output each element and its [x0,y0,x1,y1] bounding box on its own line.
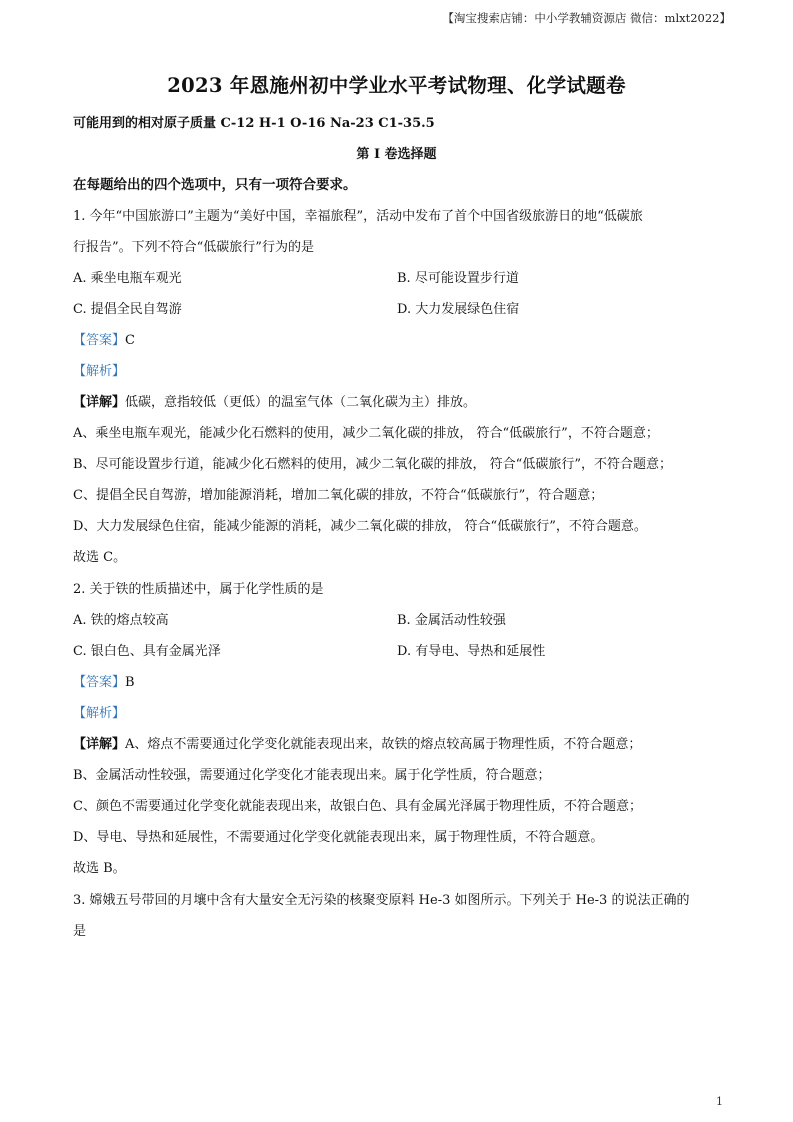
instruction: 在每题给出的四个选项中，只有一项符合要求。 [73,173,357,193]
page-title: 2023 年恩施州初中学业水平考试物理、化学试题卷 [0,70,793,98]
q1-detail-line3: C、提倡全民自驾游，增加能源消耗，增加二氧化碳的排放，不符合“低碳旅行”，符合题… [73,484,603,503]
q1-conclusion: 故选 C。 [73,546,126,565]
q1-detail-line2: B、尽可能设置步行道，能减少化石燃料的使用，减少二氧化碳的排放， 符合“低碳旅行… [73,453,672,472]
q1-analysis-label: 【解析】 [73,360,125,379]
q2-detail-line2: C、颜色不需要通过化学变化就能表现出来，故银白色、具有金属光泽属于物理性质，不符… [73,795,642,814]
atomic-masses: 可能用到的相对原子质量 C-12 H-1 O-16 Na-23 C1-35.5 [73,112,435,131]
q3-stem-line2: 是 [73,920,86,939]
q2-option-c: C. 银白色、具有金属光泽 [73,640,221,659]
q2-conclusion: 故选 B。 [73,857,126,876]
header-watermark: 【淘宝搜索店铺：中小学教辅资源店 微信：mlxt2022】 [442,10,731,26]
q1-answer: 【答案】C [73,329,135,348]
q2-option-b: B. 金属活动性较强 [397,609,506,628]
answer-value: B [125,675,135,690]
section-title: 第 I 卷选择题 [0,143,793,162]
q1-option-b: B. 尽可能设置步行道 [397,267,519,286]
answer-label: 【答案】 [73,675,125,690]
q3-stem-line1: 3. 嫦娥五号带回的月壤中含有大量安全无污染的核聚变原料 He-3 如图所示。下… [73,889,689,908]
detail-label: 【详解】 [73,395,125,410]
q2-option-d: D. 有导电、导热和延展性 [397,640,545,659]
q2-analysis-label: 【解析】 [73,702,125,721]
page-number: 1 [716,1095,723,1108]
q2-detail-line3: D、导电、导热和延展性，不需要通过化学变化就能表现出来，属于物理性质，不符合题意… [73,826,603,845]
q1-option-c: C. 提倡全民自驾游 [73,298,182,317]
q1-option-d: D. 大力发展绿色住宿 [397,298,519,317]
q2-stem-line1: 2. 关于铁的性质描述中，属于化学性质的是 [73,578,324,597]
q1-detail-line0: 【详解】低碳，意指较低（更低）的温室气体（二氧化碳为主）排放。 [73,391,476,410]
q2-detail-line1: B、金属活动性较强，需要通过化学变化才能表现出来。属于化学性质，符合题意； [73,764,551,783]
q1-detail-line4: D、大力发展绿色住宿，能减少能源的消耗，减少二氧化碳的排放， 符合“低碳旅行”，… [73,515,647,534]
q1-detail-line1: A、乘坐电瓶车观光，能减少化石燃料的使用，减少二氧化碳的排放， 符合“低碳旅行”… [73,422,659,441]
q2-option-a: A. 铁的熔点较高 [73,609,169,628]
answer-value: C [125,333,135,348]
detail-label: 【详解】 [73,737,125,752]
q1-stem-line1: 1. 今年“中国旅游口”主题为“美好中国，幸福旅程”，活动中发布了首个中国省级旅… [73,205,643,224]
q1-stem-line2: 行报告”。下列不符合“低碳旅行”行为的是 [73,236,314,255]
q1-option-a: A. 乘坐电瓶车观光 [73,267,182,286]
answer-label: 【答案】 [73,333,125,348]
q2-detail-line0: 【详解】A、熔点不需要通过化学变化就能表现出来，故铁的熔点较高属于物理性质，不符… [73,733,641,752]
q2-answer: 【答案】B [73,671,135,690]
